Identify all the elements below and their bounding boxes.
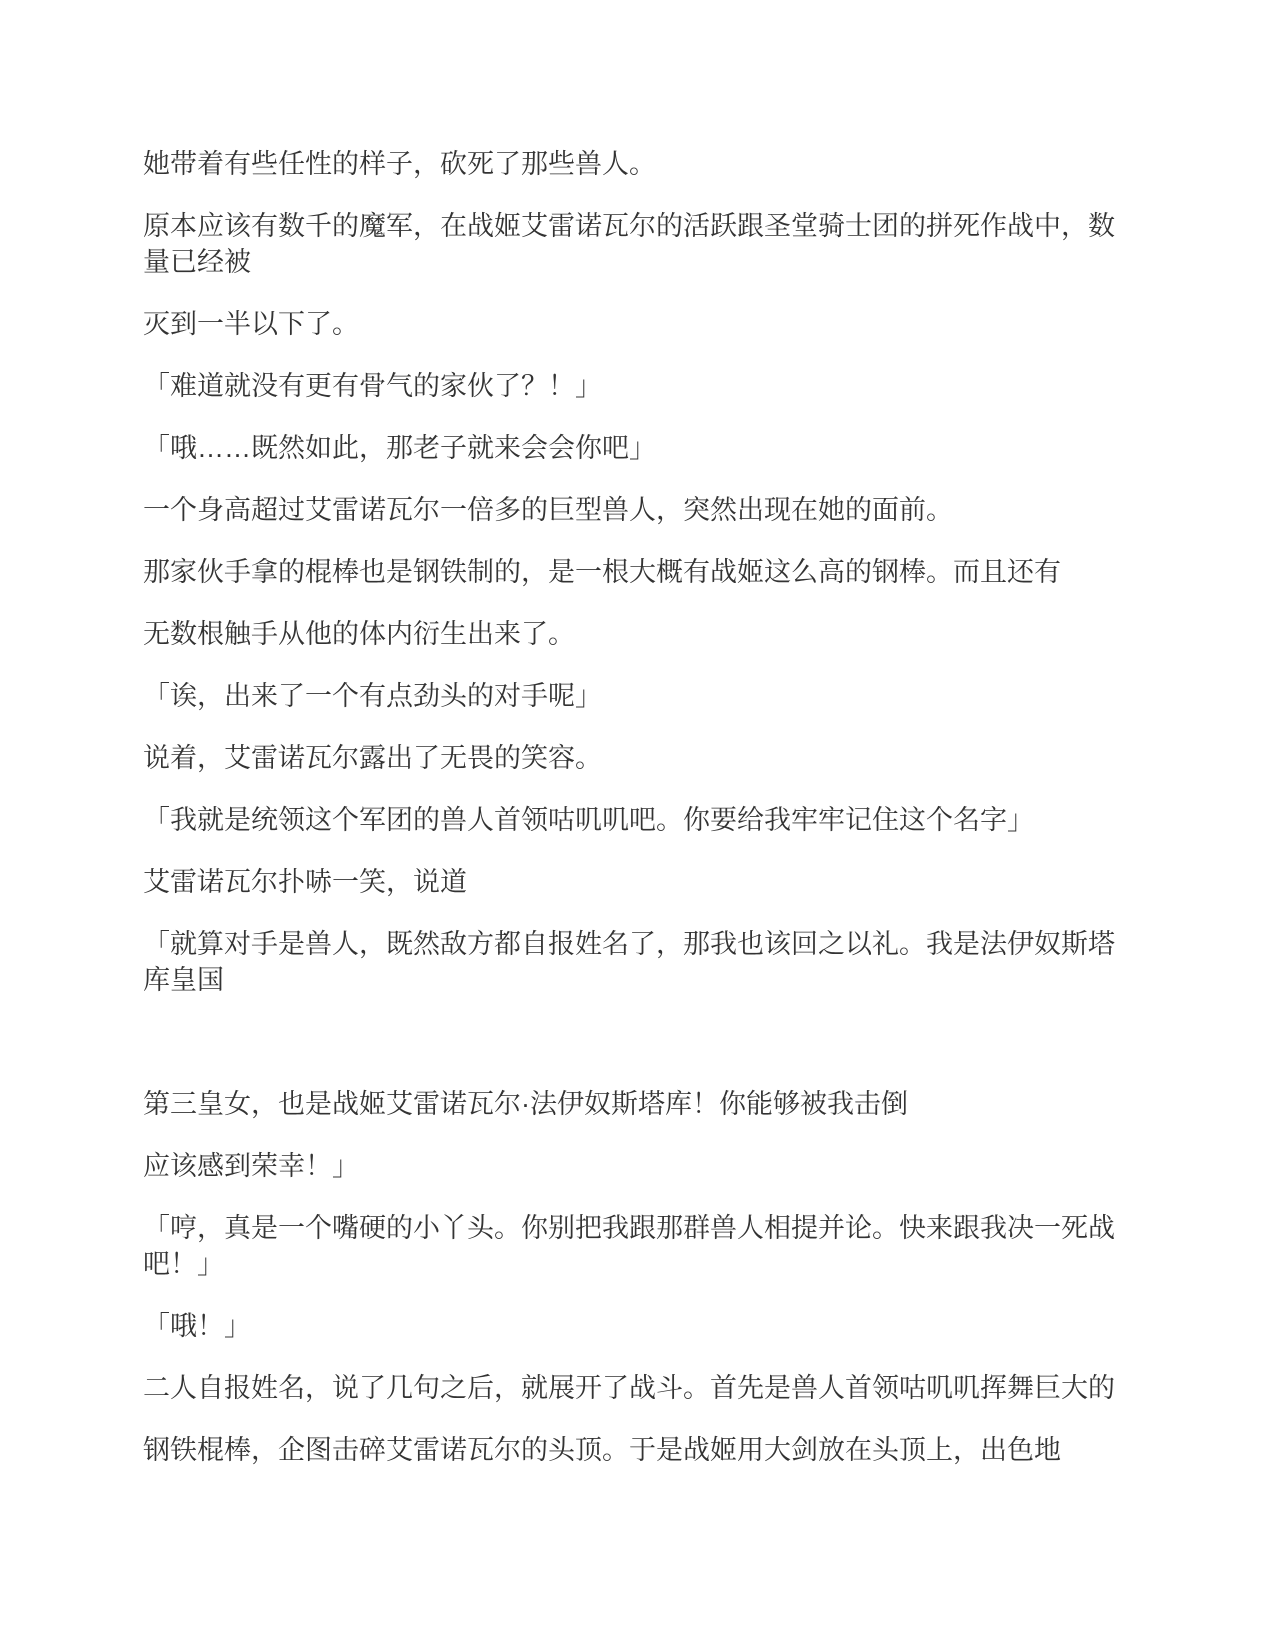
- paragraph-line: 她带着有些任性的样子，砍死了那些兽人。: [143, 146, 1185, 182]
- paragraph-line: 「哼，真是一个嘴硬的小丫头。你别把我跟那群兽人相提并论。快来跟我决一死战: [143, 1210, 1185, 1246]
- paragraph: 二人自报姓名，说了几句之后，就展开了战斗。首先是兽人首领咕叽叽挥舞巨大的: [143, 1370, 1185, 1406]
- paragraph-line: 「就算对手是兽人，既然敌方都自报姓名了，那我也该回之以礼。我是法伊奴斯塔: [143, 926, 1185, 962]
- paragraph-line: 「哦……既然如此，那老子就来会会你吧」: [143, 430, 1185, 466]
- paragraph: 她带着有些任性的样子，砍死了那些兽人。: [143, 146, 1185, 182]
- paragraph: [143, 1024, 1185, 1060]
- paragraph: 应该感到荣幸！」: [143, 1148, 1185, 1184]
- paragraph: 第三皇女，也是战姬艾雷诺瓦尔·法伊奴斯塔库！你能够被我击倒: [143, 1086, 1185, 1122]
- paragraph-line: 应该感到荣幸！」: [143, 1148, 1185, 1184]
- paragraph-line: 第三皇女，也是战姬艾雷诺瓦尔·法伊奴斯塔库！你能够被我击倒: [143, 1086, 1185, 1122]
- paragraph-line: 那家伙手拿的棍棒也是钢铁制的，是一根大概有战姬这么高的钢棒。而且还有: [143, 554, 1185, 590]
- paragraph: 「哦……既然如此，那老子就来会会你吧」: [143, 430, 1185, 466]
- paragraph: 「我就是统领这个军团的兽人首领咕叽叽吧。你要给我牢牢记住这个名字」: [143, 802, 1185, 838]
- paragraph-line: 原本应该有数千的魔军，在战姬艾雷诺瓦尔的活跃跟圣堂骑士团的拼死作战中，数: [143, 208, 1185, 244]
- paragraph-line: 艾雷诺瓦尔扑哧一笑，说道: [143, 864, 1185, 900]
- paragraph-line: 「诶，出来了一个有点劲头的对手呢」: [143, 678, 1185, 714]
- paragraph: 「哦！」: [143, 1308, 1185, 1344]
- paragraph: 「哼，真是一个嘴硬的小丫头。你别把我跟那群兽人相提并论。快来跟我决一死战吧！」: [143, 1210, 1185, 1282]
- paragraph: 「就算对手是兽人，既然敌方都自报姓名了，那我也该回之以礼。我是法伊奴斯塔库皇国: [143, 926, 1185, 998]
- paragraph-line: 「我就是统领这个军团的兽人首领咕叽叽吧。你要给我牢牢记住这个名字」: [143, 802, 1185, 838]
- paragraph-line: 「哦！」: [143, 1308, 1185, 1344]
- paragraph: 灭到一半以下了。: [143, 306, 1185, 342]
- paragraph-line: 灭到一半以下了。: [143, 306, 1185, 342]
- paragraph: 「难道就没有更有骨气的家伙了？！」: [143, 368, 1185, 404]
- paragraph: 艾雷诺瓦尔扑哧一笑，说道: [143, 864, 1185, 900]
- paragraph: 无数根触手从他的体内衍生出来了。: [143, 616, 1185, 652]
- paragraph-line: 量已经被: [143, 244, 1185, 280]
- document-page: 她带着有些任性的样子，砍死了那些兽人。原本应该有数千的魔军，在战姬艾雷诺瓦尔的活…: [0, 0, 1275, 1650]
- paragraph: 一个身高超过艾雷诺瓦尔一倍多的巨型兽人，突然出现在她的面前。: [143, 492, 1185, 528]
- paragraph-line: 库皇国: [143, 962, 1185, 998]
- document-body: 她带着有些任性的样子，砍死了那些兽人。原本应该有数千的魔军，在战姬艾雷诺瓦尔的活…: [0, 0, 1275, 1468]
- paragraph-line: 二人自报姓名，说了几句之后，就展开了战斗。首先是兽人首领咕叽叽挥舞巨大的: [143, 1370, 1185, 1406]
- paragraph-line: 「难道就没有更有骨气的家伙了？！」: [143, 368, 1185, 404]
- paragraph-line: 一个身高超过艾雷诺瓦尔一倍多的巨型兽人，突然出现在她的面前。: [143, 492, 1185, 528]
- paragraph: 「诶，出来了一个有点劲头的对手呢」: [143, 678, 1185, 714]
- paragraph-line: 钢铁棍棒，企图击碎艾雷诺瓦尔的头顶。于是战姬用大剑放在头顶上，出色地: [143, 1432, 1185, 1468]
- paragraph: 原本应该有数千的魔军，在战姬艾雷诺瓦尔的活跃跟圣堂骑士团的拼死作战中，数量已经被: [143, 208, 1185, 280]
- paragraph: 钢铁棍棒，企图击碎艾雷诺瓦尔的头顶。于是战姬用大剑放在头顶上，出色地: [143, 1432, 1185, 1468]
- paragraph: 那家伙手拿的棍棒也是钢铁制的，是一根大概有战姬这么高的钢棒。而且还有: [143, 554, 1185, 590]
- paragraph: 说着，艾雷诺瓦尔露出了无畏的笑容。: [143, 740, 1185, 776]
- paragraph-line: 吧！」: [143, 1246, 1185, 1282]
- paragraph-line: 说着，艾雷诺瓦尔露出了无畏的笑容。: [143, 740, 1185, 776]
- paragraph-line: [143, 1024, 1185, 1060]
- paragraph-line: 无数根触手从他的体内衍生出来了。: [143, 616, 1185, 652]
